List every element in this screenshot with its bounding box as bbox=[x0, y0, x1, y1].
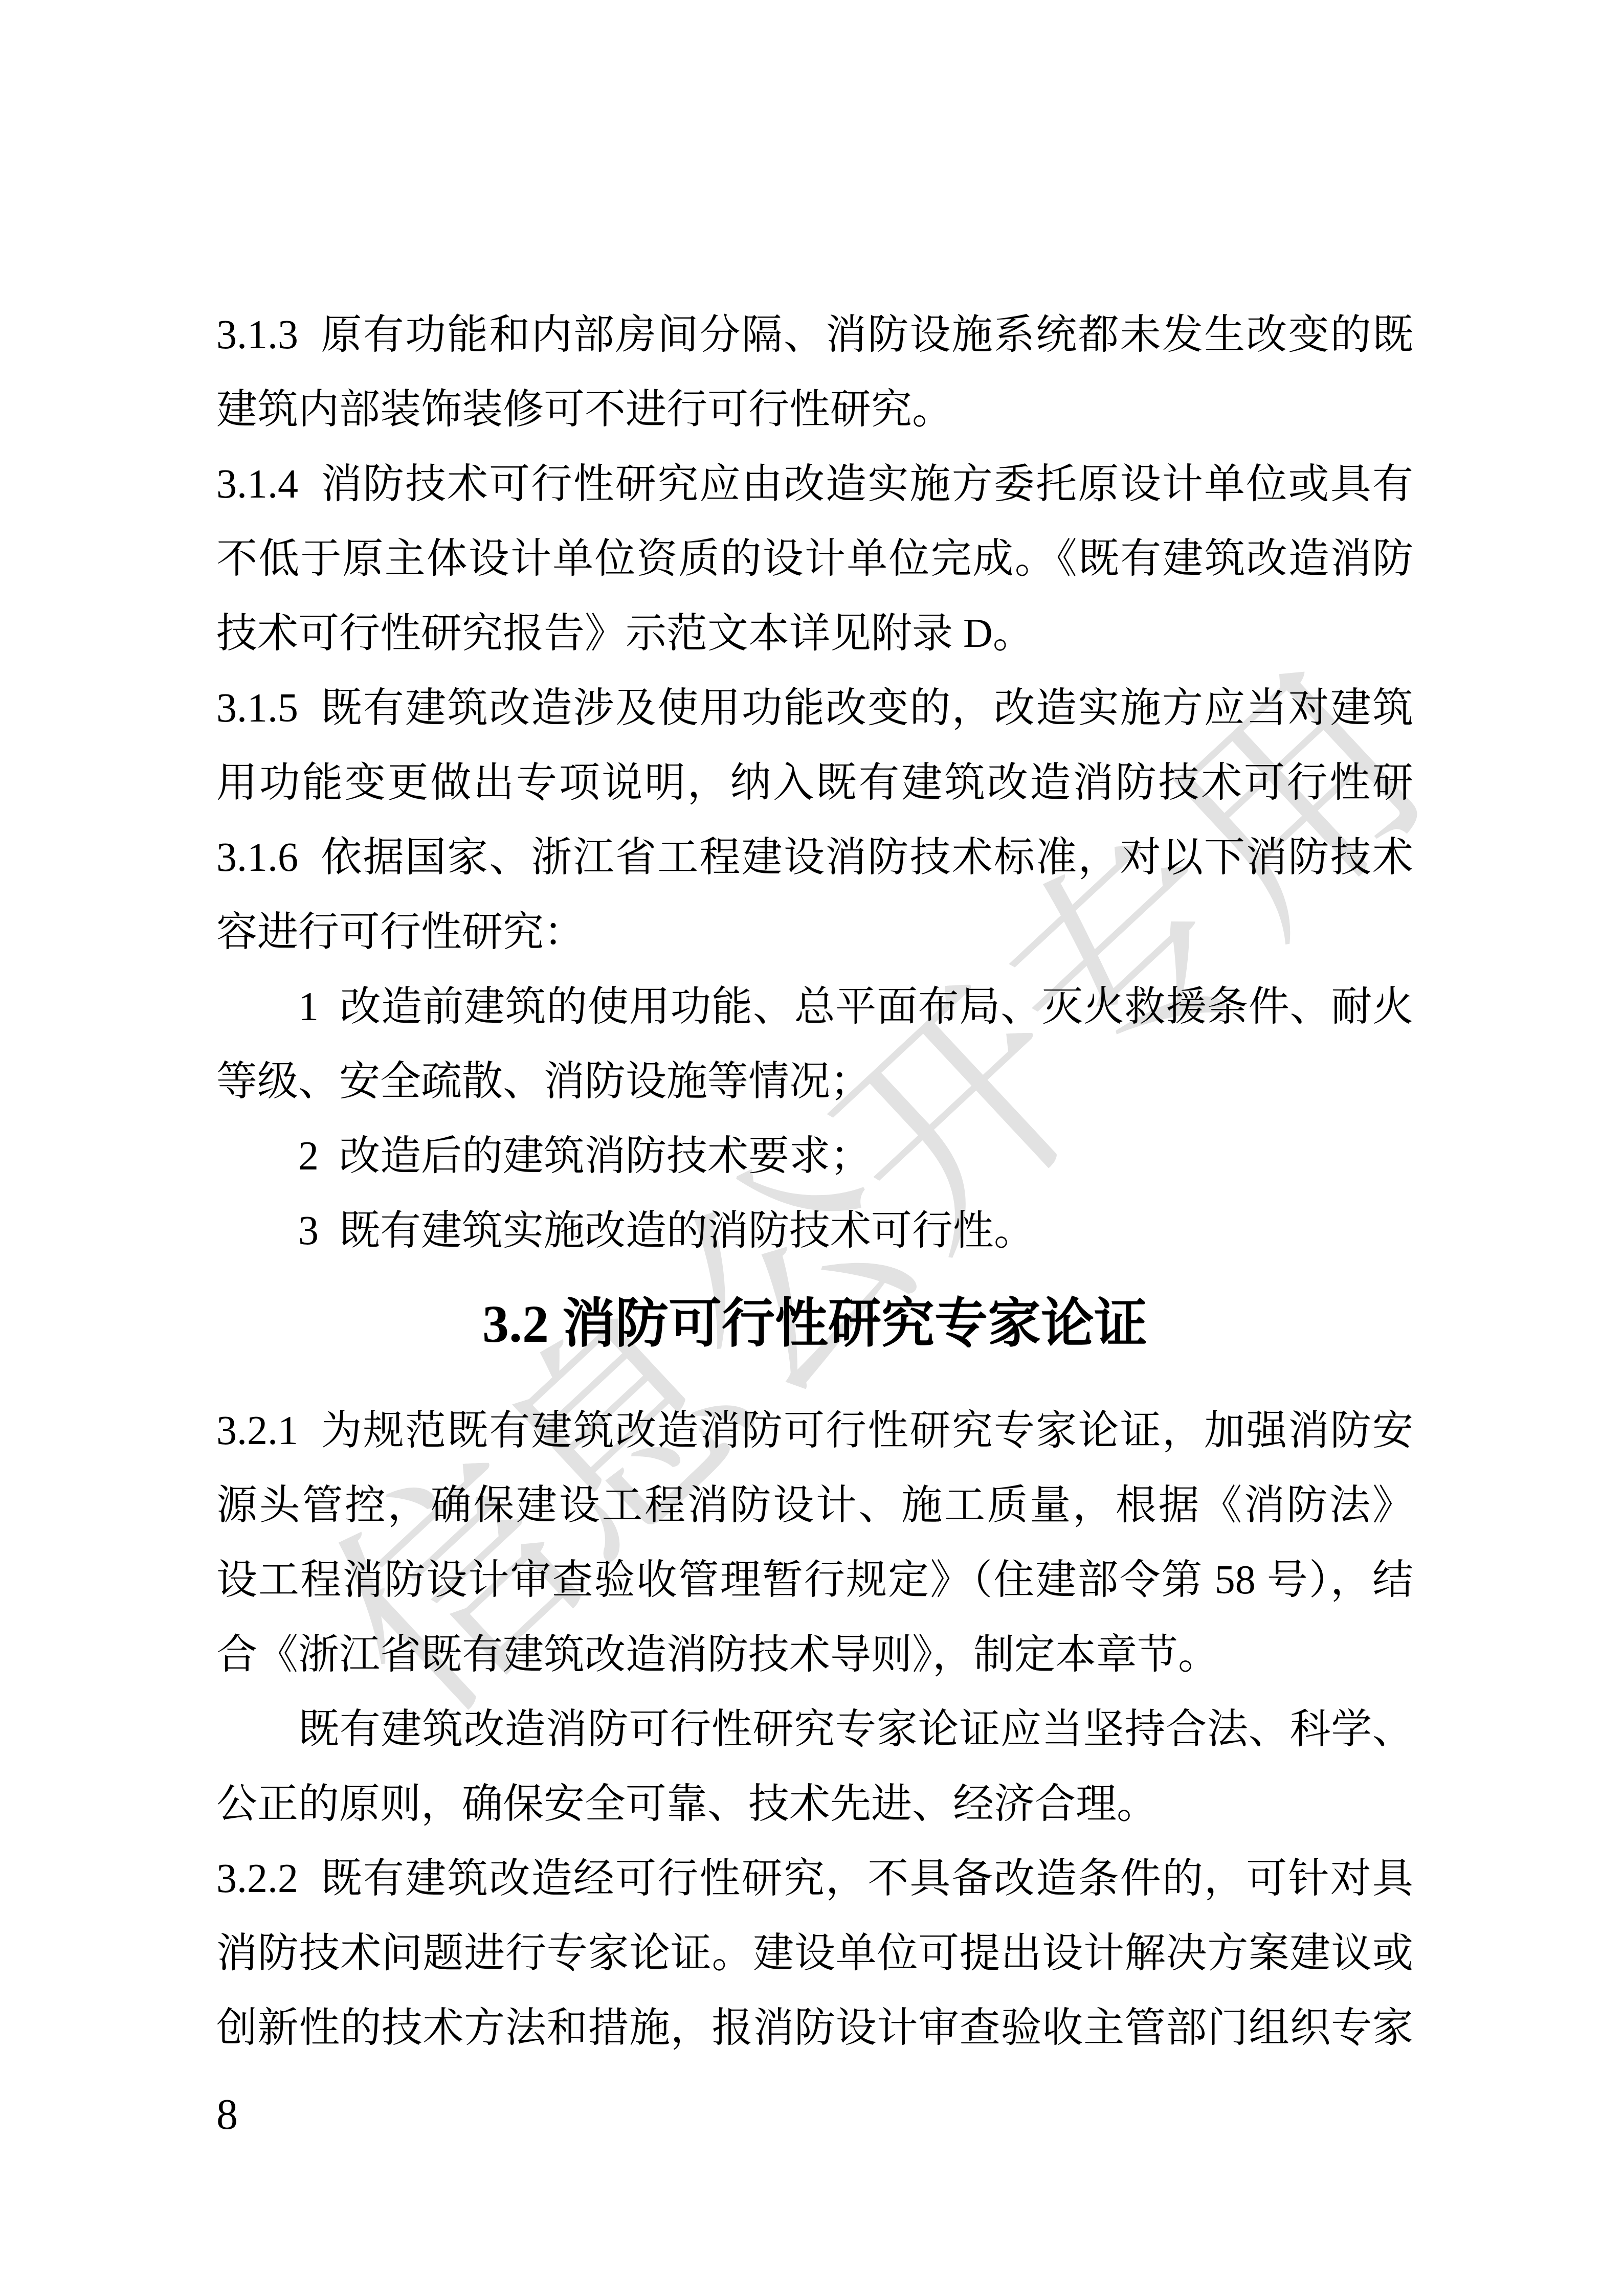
list-item: 3 既有建筑实施改造的消防技术可行性。 bbox=[216, 1194, 1413, 1268]
text-line: 3.1.6 依据国家、浙江省工程建设消防技术标准，对以下消防技术内 bbox=[216, 820, 1413, 895]
list-item: 2 改造后的建筑消防技术要求； bbox=[216, 1119, 1413, 1194]
text-line: 用功能变更做出专项说明，纳入既有建筑改造消防技术可行性研究。 bbox=[216, 746, 1413, 820]
text-line: 公正的原则，确保安全可靠、技术先进、经济合理。 bbox=[216, 1767, 1413, 1841]
document-page: 信息公开专用 3.1.3 原有功能和内部房间分隔、消防设施系统都未发生改变的既有… bbox=[0, 0, 1624, 2296]
text-line: 3.1.4 消防技术可行性研究应由改造实施方委托原设计单位或具有 bbox=[216, 447, 1413, 522]
section-heading: 3.2 消防可行性研究专家论证 bbox=[216, 1268, 1413, 1381]
text-line: 3.2.2 既有建筑改造经可行性研究，不具备改造条件的，可针对具体 bbox=[216, 1841, 1413, 1916]
text-line: 建筑内部装饰装修可不进行可行性研究。 bbox=[216, 372, 1413, 447]
text-line: 源头管控，确保建设工程消防设计、施工质量，根据《消防法》《建 bbox=[216, 1468, 1413, 1543]
text-line: 容进行可行性研究： bbox=[216, 895, 1413, 970]
document-body: 3.1.3 原有功能和内部房间分隔、消防设施系统都未发生改变的既有 建筑内部装饰… bbox=[216, 298, 1413, 2152]
text-line: 创新性的技术方法和措施，报消防设计审查验收主管部门组织专家 bbox=[216, 1991, 1413, 2065]
text-line: 既有建筑改造消防可行性研究专家论证应当坚持合法、科学、 bbox=[216, 1692, 1413, 1767]
text-line: 3.2.1 为规范既有建筑改造消防可行性研究专家论证，加强消防安全 bbox=[216, 1393, 1413, 1468]
page-number: 8 bbox=[216, 2078, 1413, 2152]
text-line: 合《浙江省既有建筑改造消防技术导则》，制定本章节。 bbox=[216, 1617, 1413, 1692]
text-line: 不低于原主体设计单位资质的设计单位完成。《既有建筑改造消防 bbox=[216, 522, 1413, 596]
list-item: 1 改造前建筑的使用功能、总平面布局、灭火救援条件、耐火 bbox=[216, 970, 1413, 1044]
text-line: 技术可行性研究报告》示范文本详见附录 D。 bbox=[216, 596, 1413, 671]
text-line: 消防技术问题进行专家论证。建设单位可提出设计解决方案建议或 bbox=[216, 1916, 1413, 1991]
text-line: 等级、安全疏散、消防设施等情况； bbox=[216, 1044, 1413, 1119]
text-line: 3.1.5 既有建筑改造涉及使用功能改变的，改造实施方应当对建筑使 bbox=[216, 671, 1413, 746]
text-line: 设工程消防设计审查验收管理暂行规定》（住建部令第 58 号），结 bbox=[216, 1543, 1413, 1617]
text-line: 3.1.3 原有功能和内部房间分隔、消防设施系统都未发生改变的既有 bbox=[216, 298, 1413, 372]
